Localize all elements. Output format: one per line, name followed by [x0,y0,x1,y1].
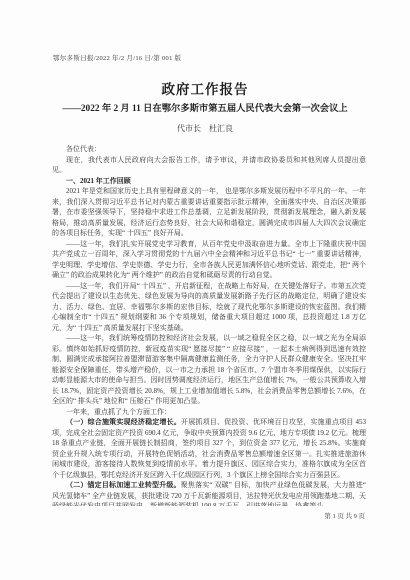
body-paragraph: （二）锚定目标加速工业转型升级。聚焦落实“ 双碳” 目标，加快产业绿色低碳发展，… [52,480,366,506]
page-number: 第 1 页 共 9 页 [324,511,365,520]
body-paragraph: ——这一年，我们扎实开展党史学习教育，从百年党史中汲取奋进力量。全市上下隆重庆祝… [52,239,366,281]
body-paragraph: ——这一年，我们统筹疫情防控和经济社会发展，以一域之稳促全区之稳，以一域之光为全… [52,333,366,407]
body-paragraph: （一）综合施策实现经济稳定增长。开展抓项目、促投资、优环境百日攻坚，实施重点项目… [52,417,366,480]
body-paragraph: 2021 年是党和国家历史上具有里程碑意义的一年， 也是鄂尔多斯发展历程中不平凡… [52,186,366,239]
body-paragraph: 现在，我代表市人民政府向大会报告工作，请予审议，并请市政协委员和其他列席人员提出… [52,155,366,176]
body-paragraph: ——这一年，我们开局“ 十四五” ，开启新征程，在战略上布好局，在关键处落好子。… [52,281,366,334]
paragraph-lead: （二）锚定目标加速工业转型升级。 [66,481,181,489]
document-page: 鄂尔多斯日报/2022 年/2 月/16 日/第 001 版 政府工作报告 ——… [0,0,410,580]
paragraph-lead: （一）综合施策实现经济稳定增长。 [66,418,181,426]
section-heading: 一、2021 年工作回顾 [52,176,366,187]
document-title: 政府工作报告 [0,78,410,98]
newspaper-source-line: 鄂尔多斯日报/2022 年/2 月/16 日/第 001 版 [53,53,181,62]
author-byline: 代市长 杜汇良 [0,123,410,134]
body-paragraph: 一年来，重点抓了九个方面工作： [52,407,366,418]
document-subtitle: ——2022 年 2 月 11 日在鄂尔多斯市第五届人民代表大会第一次会议上 [0,100,410,114]
document-body: 各位代表：现在，我代表市人民政府向大会报告工作，请予审议，并请市政协委员和其他列… [52,144,366,506]
body-paragraph: 各位代表： [52,144,366,155]
